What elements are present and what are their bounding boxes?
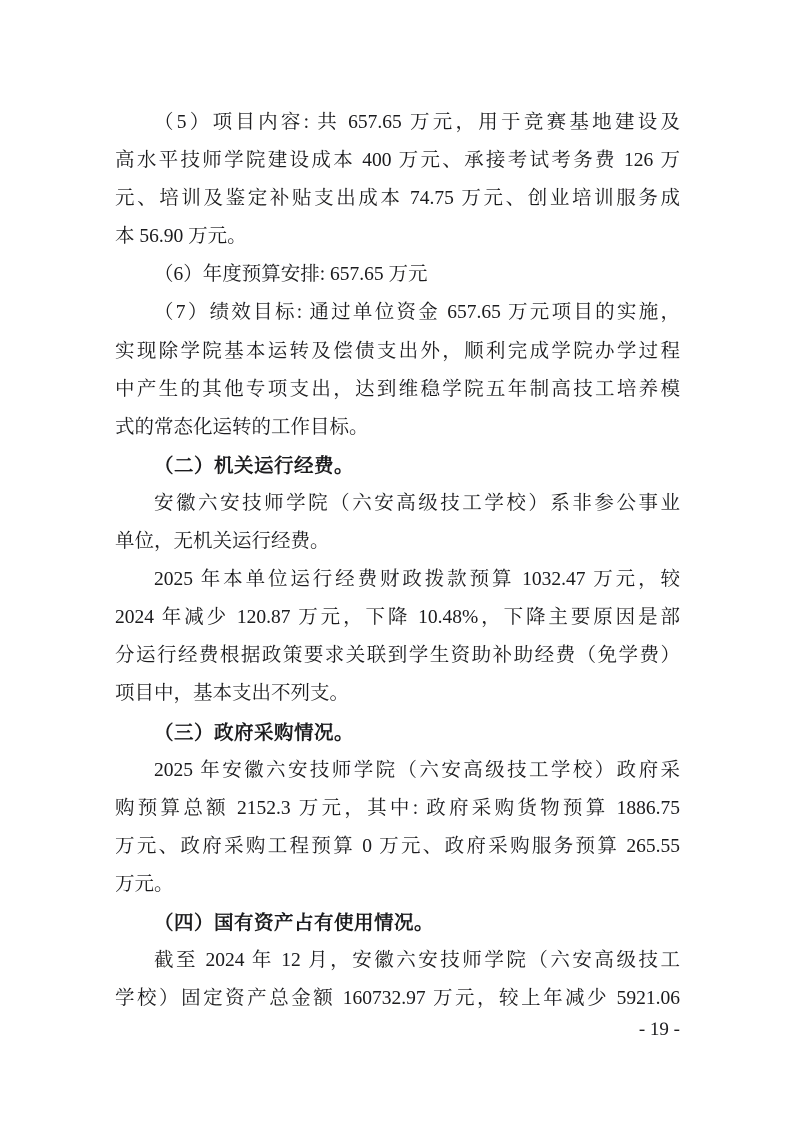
section-heading: （二）机关运行经费。 xyxy=(115,447,680,485)
body-line: 安徽六安技师学院（六安高级技工学校）系非参公事业 xyxy=(115,485,680,523)
section-heading: （三）政府采购情况。 xyxy=(115,714,680,752)
body-line: （5）项目内容: 共 657.65 万元，用于竞赛基地建设及 xyxy=(115,104,680,142)
body-line: 单位，无机关运行经费。 xyxy=(115,523,680,561)
document-page: （5）项目内容: 共 657.65 万元，用于竞赛基地建设及 高水平技师学院建设… xyxy=(0,0,793,1122)
body-line: 式的常态化运转的工作目标。 xyxy=(115,409,680,447)
section-heading: （四）国有资产占有使用情况。 xyxy=(115,904,680,942)
body-line: 万元。 xyxy=(115,866,680,904)
body-line: 学校）固定资产总金额 160732.97 万元，较上年减少 5921.06 xyxy=(115,980,680,1018)
body-line: 本 56.90 万元。 xyxy=(115,218,680,256)
body-line: 分运行经费根据政策要求关联到学生资助补助经费（免学费） xyxy=(115,637,680,675)
document-body: （5）项目内容: 共 657.65 万元，用于竞赛基地建设及 高水平技师学院建设… xyxy=(115,104,680,1018)
body-line: 2025 年安徽六安技师学院（六安高级技工学校）政府采 xyxy=(115,752,680,790)
body-line: 高水平技师学院建设成本 400 万元、承接考试考务费 126 万 xyxy=(115,142,680,180)
body-line: 元、培训及鉴定补贴支出成本 74.75 万元、创业培训服务成 xyxy=(115,180,680,218)
body-line: （7）绩效目标: 通过单位资金 657.65 万元项目的实施， xyxy=(115,294,680,332)
body-line: 2024 年减少 120.87 万元，下降 10.48%，下降主要原因是部 xyxy=(115,599,680,637)
body-line: 截至 2024 年 12 月，安徽六安技师学院（六安高级技工 xyxy=(115,942,680,980)
page-number: - 19 - xyxy=(115,1018,680,1042)
body-line: 购预算总额 2152.3 万元，其中: 政府采购货物预算 1886.75 xyxy=(115,790,680,828)
body-line: （6）年度预算安排: 657.65 万元 xyxy=(115,256,680,294)
body-line: 中产生的其他专项支出，达到维稳学院五年制高技工培养模 xyxy=(115,371,680,409)
body-line: 2025 年本单位运行经费财政拨款预算 1032.47 万元，较 xyxy=(115,561,680,599)
body-line: 实现除学院基本运转及偿债支出外，顺利完成学院办学过程 xyxy=(115,333,680,371)
body-line: 万元、政府采购工程预算 0 万元、政府采购服务预算 265.55 xyxy=(115,828,680,866)
body-line: 项目中，基本支出不列支。 xyxy=(115,675,680,713)
